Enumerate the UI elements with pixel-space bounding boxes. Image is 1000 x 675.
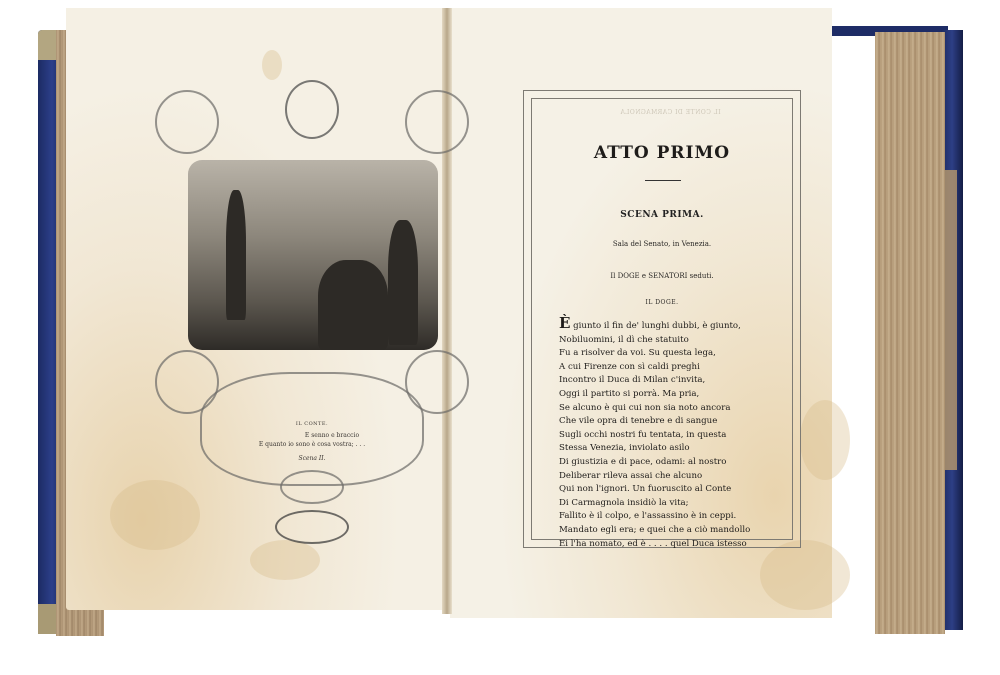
- floral-tailpiece: [275, 510, 349, 544]
- verse-line: Incontro il Duca di Milan c'invita,: [559, 374, 799, 388]
- scene-characters: Il DOGE e SENATORI seduti.: [531, 272, 793, 280]
- page-edges-right: [875, 32, 945, 634]
- scene-setting: Sala del Senato, in Venezia.: [531, 240, 793, 248]
- figure-conte: [226, 190, 246, 320]
- caption-scene-ref: Scena II.: [232, 454, 392, 463]
- verse-line: Ei l'ha nomato, ed è . . . . quel Duca i…: [559, 538, 799, 552]
- scroll-ornament: [155, 90, 219, 154]
- foxing-stain: [250, 540, 320, 580]
- verse-line: Nobiluomini, il dì che statuito: [559, 334, 799, 348]
- verse-line: Di giustizia e di pace, odami: al nostro: [559, 456, 799, 470]
- senate-scene-illustration: [188, 160, 438, 350]
- drop-cap: È: [559, 314, 570, 332]
- foxing-stain: [800, 400, 850, 480]
- figure-standing: [388, 220, 418, 345]
- scene-title: SCENA PRIMA.: [531, 210, 793, 220]
- title-rule: [645, 180, 681, 181]
- verse-line: Fallito è il colpo, e l'assassino è in c…: [559, 510, 799, 524]
- verse-block: È giunto il fin de' lunghi dubbi, è giun…: [559, 318, 799, 551]
- verse-line: Se alcuno è qui cui non sia noto ancora: [559, 402, 799, 416]
- verse-line: Fu a risolver da voi. Su questa lega,: [559, 347, 799, 361]
- verse-line: Che vile opra di tenebre e di sangue: [559, 415, 799, 429]
- caption-line-1: E senno e braccio: [232, 431, 392, 440]
- show-through-header: IL CONTE DI CARMAGNOLA: [620, 109, 721, 116]
- shell-ornament: [280, 470, 344, 504]
- verse-line: Deliberar rileva assai che alcuno: [559, 470, 799, 484]
- caption-line-2: E quanto io sono è cosa vostra; . . .: [232, 440, 392, 449]
- foxing-stain: [110, 480, 200, 550]
- figure-seated: [318, 260, 388, 350]
- verse-line: Di Carmagnola insidiò la vita;: [559, 497, 799, 511]
- verse-line: Oggi il partito si porrà. Ma pria,: [559, 388, 799, 402]
- engraving-caption: IL CONTE. E senno e braccio E quanto io …: [232, 420, 392, 463]
- verse-line: Sugli occhi nostri fu tentata, in questa: [559, 429, 799, 443]
- speaker-name: IL DOGE.: [531, 299, 793, 306]
- verse-line: Qui non l'ignori. Un fuoruscito al Conte: [559, 483, 799, 497]
- helmet-trophy: [285, 80, 339, 139]
- act-title: ATTO PRIMO: [531, 143, 793, 163]
- verse-line: Stessa Venezia, inviolato asilo: [559, 442, 799, 456]
- caption-speaker: IL CONTE.: [232, 420, 392, 429]
- verse-line: Mandato egli era; e quei che a ciò mando…: [559, 524, 799, 538]
- scroll-ornament: [405, 90, 469, 154]
- verse-line: È giunto il fin de' lunghi dubbi, è giun…: [559, 318, 799, 334]
- foxing-stain: [262, 50, 282, 80]
- verse-line: A cui Firenze con sì caldi preghi: [559, 361, 799, 375]
